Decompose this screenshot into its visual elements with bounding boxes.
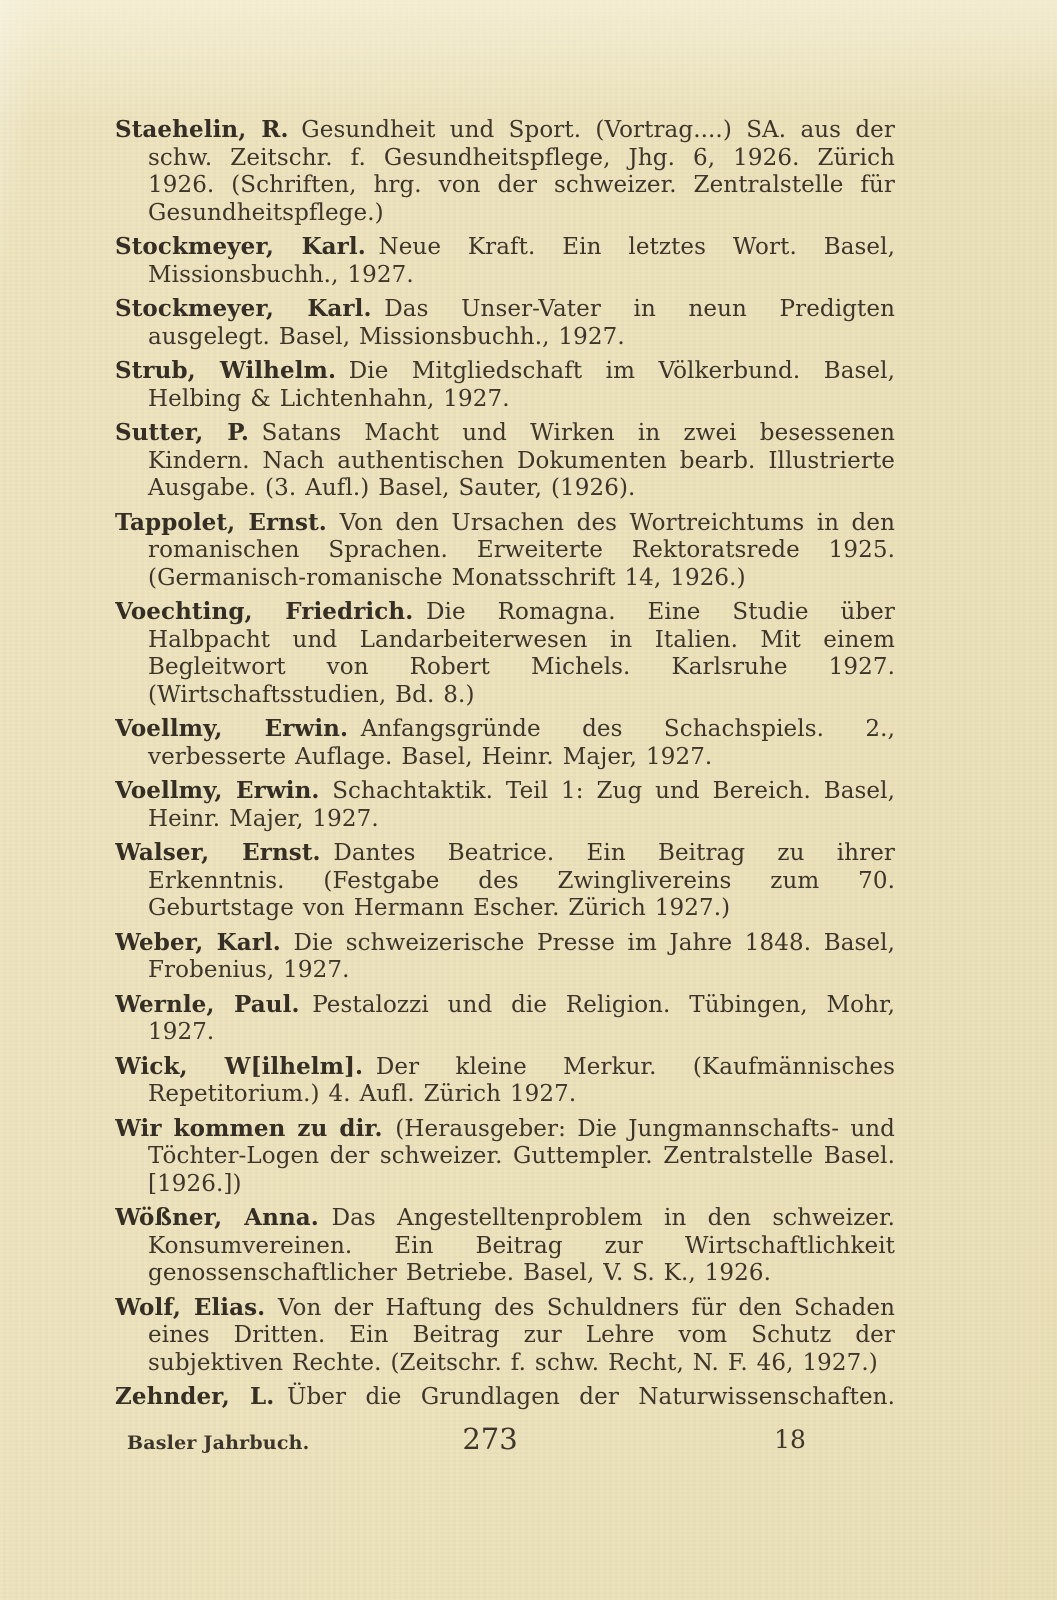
entry-text: Satans Macht und Wirken in zwei besessen… xyxy=(148,420,895,501)
bibliography-entry: Tappolet, Ernst.Von den Ursachen des Wor… xyxy=(115,509,895,593)
entry-author: Stockmeyer, Karl. xyxy=(115,233,366,260)
bibliography-entry: Voechting, Friedrich.Die Romagna. Eine S… xyxy=(115,598,895,709)
entry-author: Wolf, Elias. xyxy=(115,1294,265,1321)
entry-author: Strub, Wilhelm. xyxy=(115,357,336,384)
bibliography-list: Staehelin, R.Gesundheit und Sport. (Vort… xyxy=(115,116,895,1412)
entry-author: Stockmeyer, Karl. xyxy=(115,295,372,322)
bibliography-entry: Wernle, Paul.Pestalozzi und die Religion… xyxy=(115,991,895,1047)
entry-author: Walser, Ernst. xyxy=(115,839,321,866)
entry-author: Wernle, Paul. xyxy=(115,991,300,1018)
scanned-book-page: Staehelin, R.Gesundheit und Sport. (Vort… xyxy=(0,0,1057,1600)
bibliography-entry: Stockmeyer, Karl.Das Unser-Vater in neun… xyxy=(115,295,895,351)
bibliography-entry: Walser, Ernst.Dantes Beatrice. Ein Beitr… xyxy=(115,839,895,923)
page-footer: Basler Jahrbuch. 273 18 xyxy=(115,1422,895,1466)
bibliography-entry: Sutter, P.Satans Macht und Wirken in zwe… xyxy=(115,419,895,503)
bibliography-entry: Strub, Wilhelm.Die Mitgliedschaft im Völ… xyxy=(115,357,895,413)
bibliography-entry: Voellmy, Erwin.Schachtaktik. Teil 1: Zug… xyxy=(115,777,895,833)
bibliography-entry: Weber, Karl.Die schweizerische Presse im… xyxy=(115,929,895,985)
entry-author: Voechting, Friedrich. xyxy=(115,598,413,625)
entry-author: Voellmy, Erwin. xyxy=(115,777,320,804)
footer-imprint: Basler Jahrbuch. xyxy=(127,1432,309,1454)
entry-author: Wir kommen zu dir. xyxy=(115,1115,383,1142)
entry-author: Sutter, P. xyxy=(115,419,249,446)
bibliography-entry: Wolf, Elias.Von der Haftung des Schuldne… xyxy=(115,1294,895,1378)
entry-author: Voellmy, Erwin. xyxy=(115,715,348,742)
entry-author: Wick, W[ilhelm]. xyxy=(115,1053,363,1080)
entry-author: Staehelin, R. xyxy=(115,116,289,143)
bibliography-entry: Staehelin, R.Gesundheit und Sport. (Vort… xyxy=(115,116,895,227)
page-number: 273 xyxy=(445,1422,535,1456)
entry-author: Weber, Karl. xyxy=(115,929,281,956)
sheet-signature: 18 xyxy=(760,1425,820,1454)
bibliography-entry: Wick, W[ilhelm].Der kleine Merkur. (Kauf… xyxy=(115,1053,895,1109)
bibliography-entry: Voellmy, Erwin.Anfangsgründe des Schachs… xyxy=(115,715,895,771)
bibliography-entry: Zehnder, L.Über die Grundlagen der Natur… xyxy=(115,1383,895,1412)
entry-author: Wößner, Anna. xyxy=(115,1204,319,1231)
bibliography-entry: Stockmeyer, Karl.Neue Kraft. Ein letztes… xyxy=(115,233,895,289)
bibliography-entry: Wößner, Anna.Das Angestelltenproblem in … xyxy=(115,1204,895,1288)
bibliography-entry: Wir kommen zu dir.(Herausgeber: Die Jung… xyxy=(115,1115,895,1199)
entry-author: Zehnder, L. xyxy=(115,1383,274,1410)
entry-author: Tappolet, Ernst. xyxy=(115,509,327,536)
